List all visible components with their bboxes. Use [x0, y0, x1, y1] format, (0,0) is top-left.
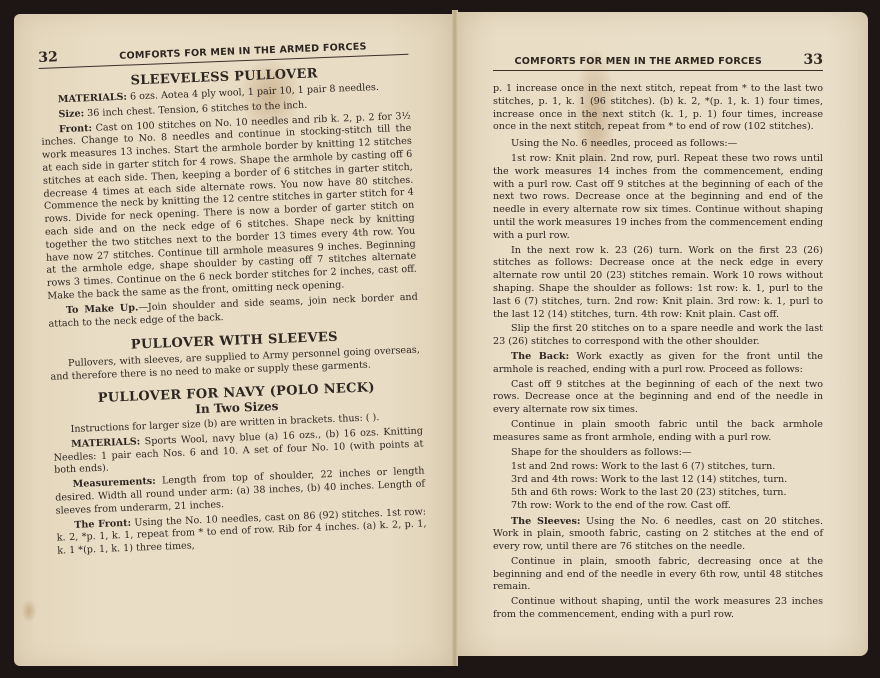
list-item: 7th row: Work to the end of the row. Cas…	[493, 500, 823, 513]
paragraph: 1st row: Knit plain. 2nd row, purl. Repe…	[493, 153, 823, 243]
list-item: 5th and 6th rows: Work to the last 20 (2…	[493, 487, 823, 500]
paragraph: p. 1 increase once in the next stitch, r…	[493, 83, 823, 134]
paragraph: Continue in plain, smooth fabric, decrea…	[493, 556, 823, 594]
paragraph: Continue in plain smooth fabric until th…	[493, 419, 823, 445]
right-page-content: COMFORTS FOR MEN IN THE ARMED FORCES 33 …	[493, 52, 823, 624]
running-head-right: COMFORTS FOR MEN IN THE ARMED FORCES 33	[493, 52, 823, 71]
running-head-title: COMFORTS FOR MEN IN THE ARMED FORCES	[493, 56, 784, 67]
page-number: 32	[38, 49, 58, 66]
paragraph: Using the No. 6 needles, proceed as foll…	[493, 138, 823, 151]
paragraph: The Sleeves: Using the No. 6 needles, ca…	[493, 516, 823, 554]
book-gutter	[452, 10, 458, 666]
left-page-content: 32 COMFORTS FOR MEN IN THE ARMED FORCES …	[38, 36, 427, 561]
paragraph: Shape for the shoulders as follows:—	[493, 447, 823, 460]
shoulder-rows-list: 1st and 2nd rows: Work to the last 6 (7)…	[493, 461, 823, 512]
paragraph: In the next row k. 23 (26) turn. Work on…	[493, 245, 823, 322]
paragraph: Front: Cast on 100 stitches on No. 10 ne…	[41, 110, 418, 303]
page-number: 33	[804, 52, 823, 68]
list-item: 3rd and 4th rows: Work to the last 12 (1…	[493, 474, 823, 487]
paragraph: The Back: Work exactly as given for the …	[493, 351, 823, 377]
paragraph: Cast off 9 stitches at the beginning of …	[493, 379, 823, 417]
paragraph: Slip the first 20 stitches on to a spare…	[493, 323, 823, 349]
paragraph: Continue without shaping, until the work…	[493, 596, 823, 622]
list-item: 1st and 2nd rows: Work to the last 6 (7)…	[493, 461, 823, 474]
stain-left-bottom	[22, 600, 36, 622]
